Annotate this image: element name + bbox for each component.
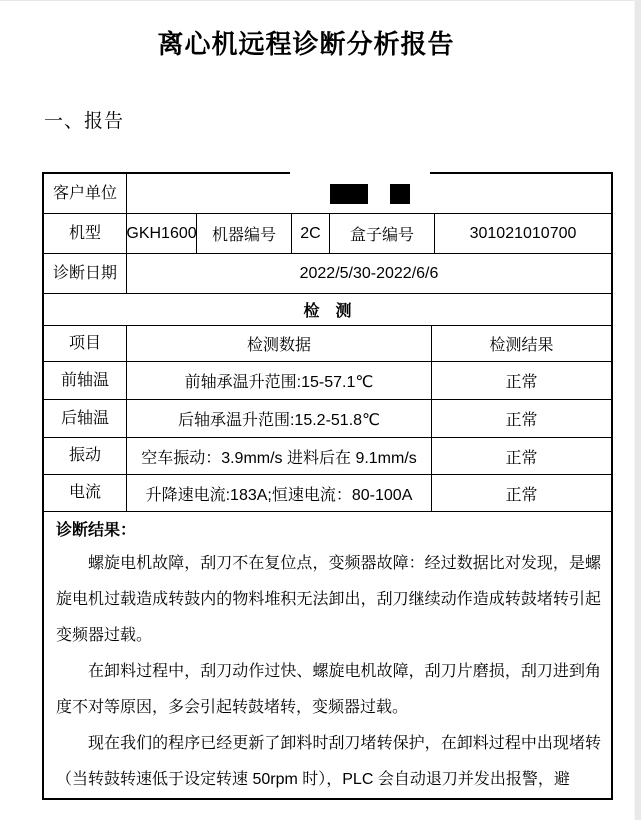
front-bearing-temp-item: 前轴温 <box>52 362 118 399</box>
machine-no-label: 机器编号 <box>197 214 292 253</box>
table-row-rear-bearing-temp: 后轴温 后轴承温升范围:15.2-51.8℃ 正常 <box>44 400 611 438</box>
front-bearing-temp-result: 正常 <box>432 362 611 399</box>
box-no-label: 盒子编号 <box>330 214 435 253</box>
table-row-model: 机型 GKH1600 机器编号 2C 盒子编号 301021010700 <box>44 214 611 254</box>
box-no-value: 301021010700 <box>435 214 611 253</box>
table-row-diagnosis: 诊断结果： 螺旋电机故障，刮刀不在复位点，变频器故障：经过数据比对发现，是螺旋电… <box>44 512 611 798</box>
detection-section-title: 检测 <box>44 294 611 325</box>
rear-bearing-temp-item-cell: 后轴温 <box>44 400 127 437</box>
rear-bearing-temp-item: 后轴温 <box>52 400 118 437</box>
current-result: 正常 <box>432 475 611 511</box>
diagnosis-paragraph: 现在我们的程序已经更新了卸料时刮刀堵转保护，在卸料过程中出现堵转（当转鼓转速低于… <box>56 726 601 798</box>
column-header-item: 项目 <box>60 326 110 361</box>
table-row-vibration: 振动 空车振动：3.9mm/s 进料后在 9.1mm/s 正常 <box>44 438 611 475</box>
machine-no-value: 2C <box>292 214 330 253</box>
customer-label-cell: 客户单位 <box>44 174 127 213</box>
report-table: 客户单位 机型 GKH1600 机器编号 2C 盒子编号 30102101070… <box>42 172 613 800</box>
diagnosis-paragraph: 螺旋电机故障，刮刀不在复位点，变频器故障：经过数据比对发现，是螺旋电机过载造成转… <box>56 546 601 654</box>
model-value: GKH1600 <box>127 214 197 253</box>
date-value: 2022/5/30-2022/6/6 <box>127 254 611 293</box>
front-bearing-temp-item-cell: 前轴温 <box>44 362 127 399</box>
table-row-column-headers: 项目 检测数据 检测结果 <box>44 326 611 362</box>
diagnosis-label: 诊断结果： <box>56 516 601 546</box>
scrollbar-track[interactable] <box>634 0 641 820</box>
table-row-front-bearing-temp: 前轴温 前轴承温升范围:15-57.1℃ 正常 <box>44 362 611 400</box>
date-label: 诊断日期 <box>44 254 126 293</box>
page-top-hairline <box>0 0 641 1</box>
table-row-customer: 客户单位 <box>44 174 611 214</box>
vibration-result: 正常 <box>432 438 611 474</box>
vibration-item: 振动 <box>60 438 110 474</box>
model-label: 机型 <box>60 214 110 253</box>
customer-value-cell <box>127 174 611 213</box>
redaction-box <box>330 184 368 204</box>
rear-bearing-temp-result: 正常 <box>432 400 611 437</box>
diagnosis-cell: 诊断结果： 螺旋电机故障，刮刀不在复位点，变频器故障：经过数据比对发现，是螺旋电… <box>44 512 611 798</box>
column-header-data: 检测数据 <box>127 326 432 361</box>
column-header-result: 检测结果 <box>432 326 611 361</box>
current-data: 升降速电流:183A;恒速电流：80-100A <box>127 475 432 511</box>
section-heading: 一、报告 <box>44 106 124 133</box>
redaction-box <box>390 184 410 204</box>
current-item: 电流 <box>60 475 110 511</box>
current-item-cell: 电流 <box>44 475 127 511</box>
front-bearing-temp-data: 前轴承温升范围:15-57.1℃ <box>127 362 432 399</box>
table-row-date: 诊断日期 2022/5/30-2022/6/6 <box>44 254 611 294</box>
column-header-item-cell: 项目 <box>44 326 127 361</box>
diagnosis-paragraph: 在卸料过程中，刮刀动作过快、螺旋电机故障，刮刀片磨损，刮刀进到角度不对等原因，多… <box>56 654 601 726</box>
table-row-detection-title: 检测 <box>44 294 611 326</box>
model-label-cell: 机型 <box>44 214 127 253</box>
rear-bearing-temp-data: 后轴承温升范围:15.2-51.8℃ <box>127 400 432 437</box>
customer-label: 客户单位 <box>44 174 126 213</box>
date-label-cell: 诊断日期 <box>44 254 127 293</box>
vibration-data: 空车振动：3.9mm/s 进料后在 9.1mm/s <box>127 438 432 474</box>
document-title: 离心机远程诊断分析报告 <box>0 24 612 61</box>
vibration-item-cell: 振动 <box>44 438 127 474</box>
table-row-current: 电流 升降速电流:183A;恒速电流：80-100A 正常 <box>44 475 611 512</box>
